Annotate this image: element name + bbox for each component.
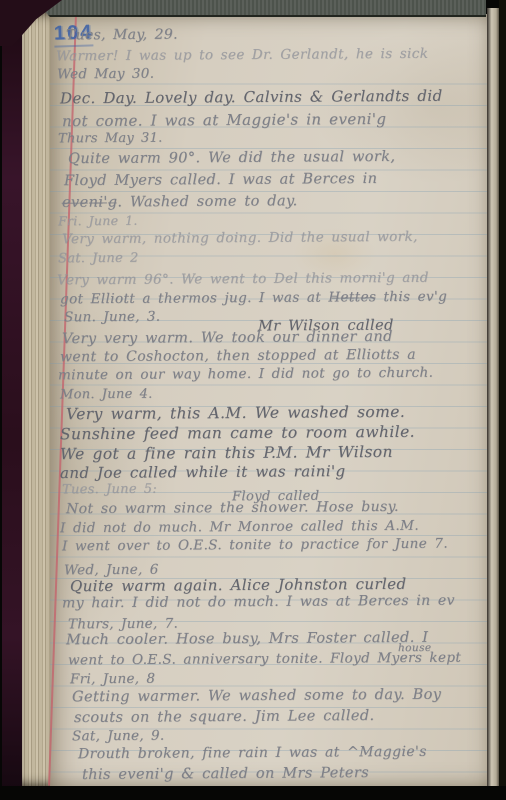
journal-line: Thurs May 31.	[58, 131, 163, 147]
journal-line: Sat. June 2	[58, 251, 139, 267]
insertion-mr-wilson-called: Mr Wilson called	[258, 318, 394, 335]
journal-line: Sun. June, 3.	[64, 309, 160, 326]
journal-line: scouts on the square. Jim Lee called.	[74, 708, 375, 726]
journal-line: not come. I was at Maggie's in eveni'g	[62, 110, 386, 130]
journal-line: Very warm, this A.M. We washed some.	[66, 403, 405, 423]
journal-line: Quite warm again. Alice Johnston curled	[70, 575, 407, 595]
diary-photo: 104 Tues, May, 29.Warmer! I was up to se…	[0, 0, 506, 800]
journal-line: minute on our way home. I did not go to …	[58, 365, 433, 384]
insertion-floyd-called: Floyd called	[232, 489, 320, 505]
journal-line: Much cooler. Hose busy, Mrs Foster calle…	[66, 630, 428, 649]
journal-line: Fri. June 1.	[58, 213, 138, 229]
journal-line: Wed May 30.	[57, 66, 154, 83]
insertion-house: house	[398, 642, 432, 654]
journal-line: my hair. I did not do much. I was at Ber…	[62, 593, 455, 612]
journal-line: We got a fine rain this P.M. Mr Wilson	[60, 443, 393, 463]
journal-line: Sat, June, 9.	[72, 728, 165, 745]
journal-line: Drouth broken, fine rain I was at ^Maggi…	[78, 744, 427, 762]
journal-line: Quite warm 90°. We did the usual work,	[68, 149, 396, 167]
journal-line: and Joe called while it was raini'g	[60, 462, 346, 482]
journal-line: Very warm 96°. We went to Del this morni…	[57, 270, 429, 289]
journal-line: Mon. June 4.	[60, 387, 153, 403]
journal-line: Tues, May, 29.	[66, 27, 178, 44]
journal-lines: Tues, May, 29.Warmer! I was up to see Dr…	[0, 0, 489, 800]
book-cover-bottom	[0, 786, 506, 800]
gutter-shadow	[499, 0, 506, 800]
journal-line: Getting warmer. We washed some to day. B…	[72, 687, 441, 706]
journal-line: I went over to O.E.S. tonite to practice…	[62, 536, 448, 555]
journal-line: I did not do much. Mr Monroe called this…	[60, 518, 419, 537]
journal-line: e̶v̶e̶n̶i̶'̶g̶. Washed some to day.	[62, 193, 298, 211]
book-spine-cloth	[34, 0, 486, 17]
journal-line: Fri, June, 8	[70, 671, 155, 688]
journal-line: Tues. June 5:	[62, 482, 157, 498]
journal-line: Sunshine feed man came to room awhile.	[60, 423, 415, 443]
journal-line: Thurs, June, 7.	[68, 616, 178, 633]
journal-line: this eveni'g & called on Mrs Peters	[82, 765, 369, 783]
journal-line: Very warm, nothing doing. Did the usual …	[62, 229, 418, 247]
journal-line: Floyd Myers called. I was at Berces in	[64, 171, 377, 189]
journal-line: got Elliott a thermos jug. I was at H̶e̶…	[60, 289, 447, 308]
journal-line: went to Coshocton, then stopped at Ellio…	[60, 347, 416, 365]
journal-line: Dec. Day. Lovely day. Calvins & Gerlandt…	[60, 87, 443, 108]
journal-line: Warmer! I was up to see Dr. Gerlandt, he…	[56, 46, 428, 65]
